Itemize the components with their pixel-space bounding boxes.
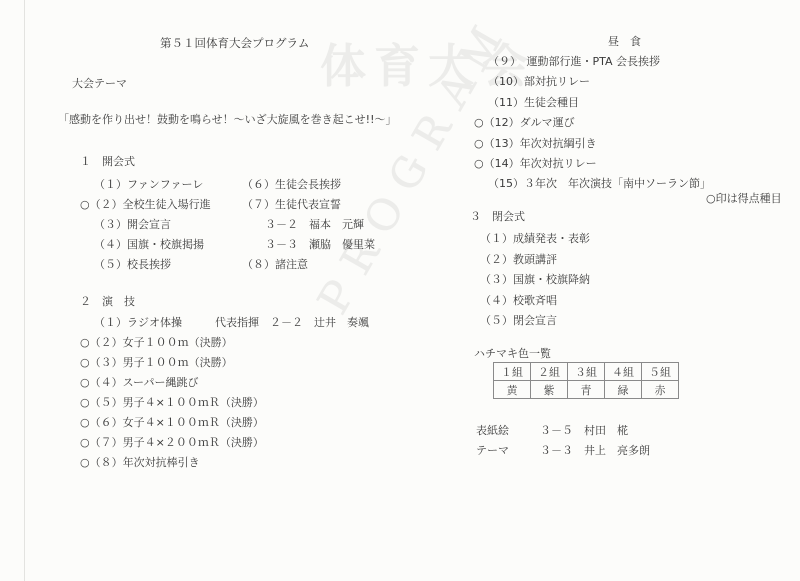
list-item: ○（４）スーパー縄跳び (80, 376, 199, 390)
theme-label: 大会テーマ (72, 77, 127, 91)
table-cell: 青 (568, 381, 605, 399)
list-item: （９） 運動部行進・PTA 会長挨拶 (488, 55, 660, 69)
list-item: ○（２）全校生徒入場行進 (80, 198, 211, 212)
list-item: （５）校長挨拶 (94, 258, 171, 272)
list-item: （４）校歌斉唱 (480, 294, 557, 308)
credit-role: テーマ (476, 444, 509, 458)
table-cell: ５組 (642, 363, 679, 381)
table-cell: ４組 (605, 363, 642, 381)
table-cell: 紫 (531, 381, 568, 399)
document-title: 第５１回体育大会プログラム (160, 36, 309, 50)
pledge-student: ３－２ 福本 元輝 (265, 218, 364, 232)
conductor-credit: 代表指揮 ２－２ 辻井 奏颯 (215, 316, 369, 330)
pledge-student: ３－３ 瀬脇 優里菜 (265, 238, 375, 252)
list-item: ○（２）女子１００ｍ（決勝） (80, 336, 233, 350)
list-item: ○（３）男子１００ｍ（決勝） (80, 356, 233, 370)
credit-role: 表紙絵 (476, 424, 509, 438)
list-item: （１）ファンファーレ (94, 178, 203, 192)
list-item: （４）国旗・校旗掲揚 (94, 238, 204, 252)
list-item: （６）生徒会長挨拶 (242, 178, 341, 192)
table-cell: １組 (494, 363, 531, 381)
table-cell: ２組 (531, 363, 568, 381)
list-item: （15）３年次 年次演技「南中ソーラン節」 (488, 177, 711, 191)
list-item: （１）ラジオ体操 (94, 316, 182, 330)
hachimaki-color-table: １組 ２組 ３組 ４組 ５組 黄 紫 青 緑 赤 (493, 362, 679, 399)
list-item: （11）生徒会種目 (488, 96, 579, 110)
lunch-break: 昼 食 (608, 35, 641, 49)
table-row: １組 ２組 ３組 ４組 ５組 (494, 363, 679, 381)
list-item: （５）閉会宣言 (480, 314, 557, 328)
section-heading-events: ２ 演 技 (80, 295, 135, 309)
table-row: 黄 紫 青 緑 赤 (494, 381, 679, 399)
list-item: ○（12）ダルマ運び (474, 116, 575, 130)
table-cell: 赤 (642, 381, 679, 399)
list-item: （８）諸注意 (242, 258, 308, 272)
table-cell: 緑 (605, 381, 642, 399)
list-item: ○（６）女子４×１００ｍＲ（決勝） (80, 416, 264, 430)
list-item: ○（14）年次対抗リレー (474, 157, 597, 171)
list-item: ○（13）年次対抗綱引き (474, 137, 597, 151)
credit-person: ３－３ 井上 亮多朗 (540, 444, 650, 458)
score-note: ○印は得点種目 (706, 192, 782, 206)
credit-person: ３－５ 村田 椛 (540, 424, 628, 438)
section-heading-closing: ３ 閉会式 (470, 210, 525, 224)
list-item: （３）開会宣言 (94, 218, 171, 232)
list-item: ○（５）男子４×１００ｍＲ（決勝） (80, 396, 264, 410)
page-edge-shadow (24, 0, 25, 581)
theme-text: 「感動を作り出せ！鼓動を鳴らせ！～いざ大旋風を巻き起こせ!!～」 (58, 113, 397, 127)
section-heading-opening: １ 開会式 (80, 155, 135, 169)
list-item: ○（８）年次対抗棒引き (80, 456, 200, 470)
hachimaki-heading: ハチマキ色一覧 (474, 347, 551, 361)
list-item: ○（７）男子４×２００ｍＲ（決勝） (80, 436, 264, 450)
list-item: （１）成績発表・表彰 (480, 232, 590, 246)
table-cell: 黄 (494, 381, 531, 399)
list-item: （２）教頭講評 (480, 253, 557, 267)
program-page: 体育大会 ＰＲＯＧＲＡＭ 第５１回体育大会プログラム 大会テーマ 「感動を作り出… (0, 0, 800, 581)
list-item: （３）国旗・校旗降納 (480, 273, 590, 287)
table-cell: ３組 (568, 363, 605, 381)
list-item: （７）生徒代表宣誓 (242, 198, 341, 212)
list-item: （10）部対抗リレー (488, 75, 590, 89)
